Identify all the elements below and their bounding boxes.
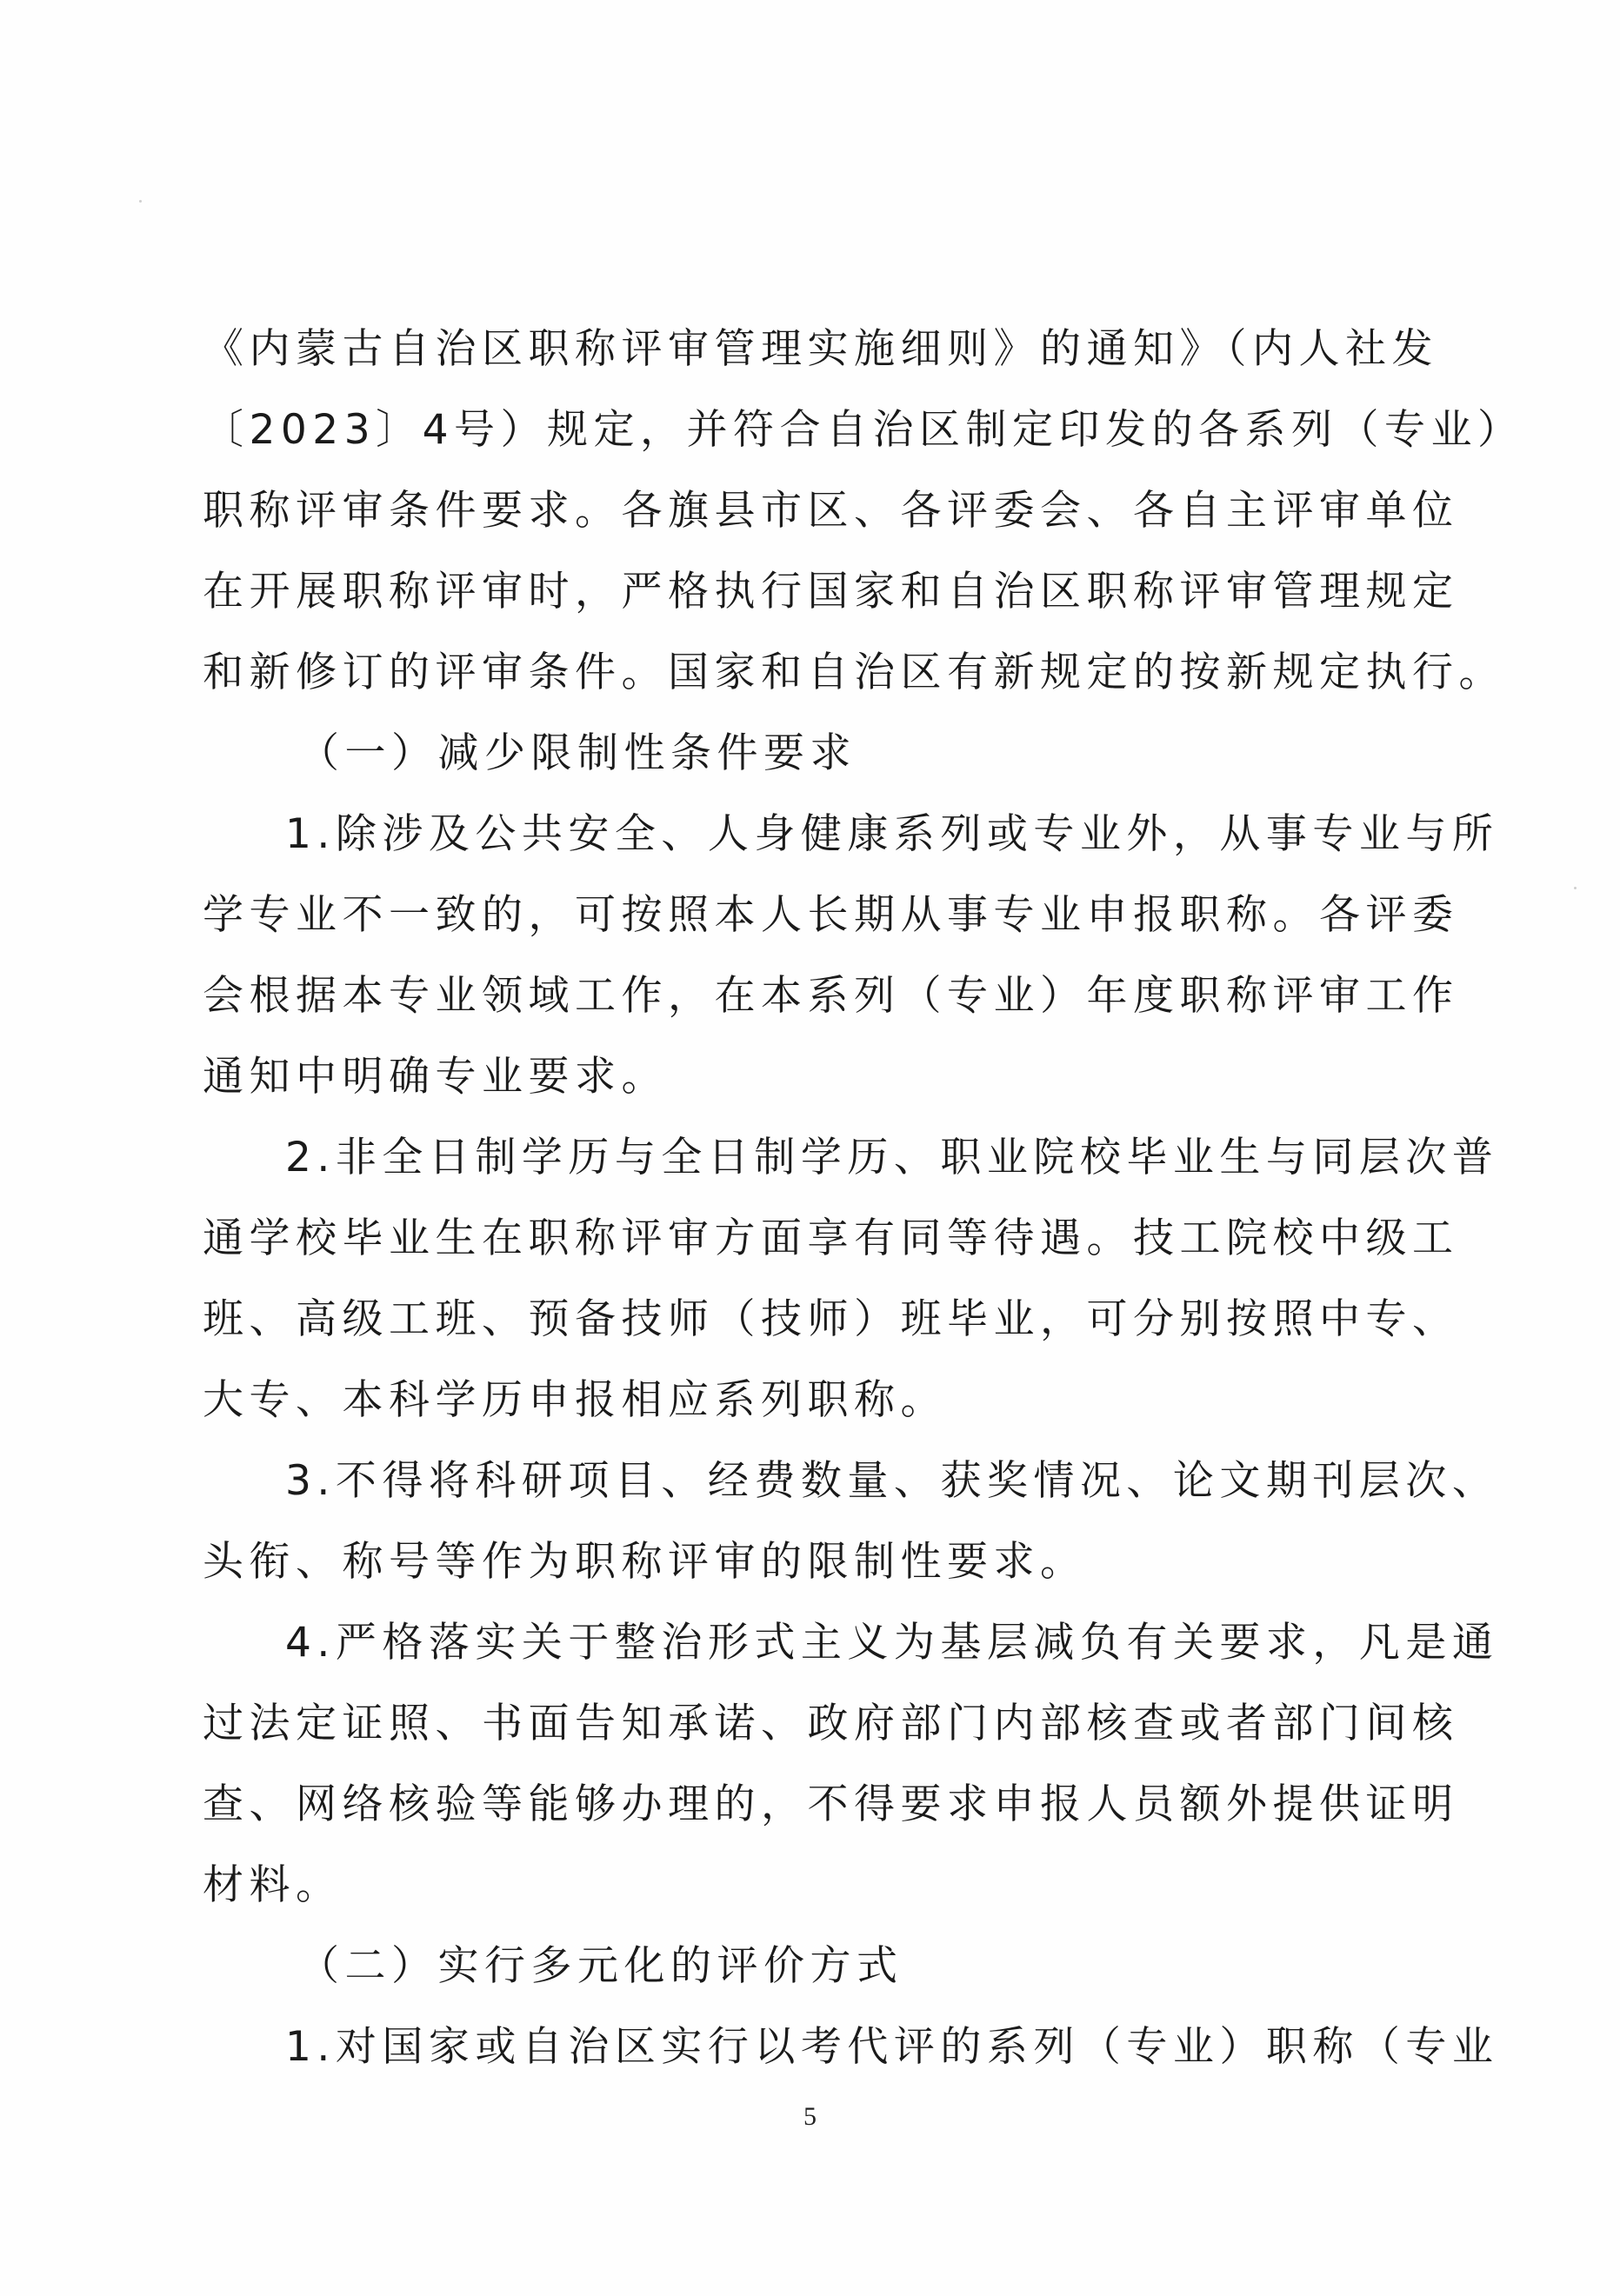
item-4-start: 4.严格落实关于整治形式主义为基层减负有关要求，凡是通 [203,1602,1394,1683]
text-line-12: 通学校毕业生在职称评审方面享有同等待遇。技工院校中级工 [203,1198,1394,1279]
item-2-start: 2.非全日制学历与全日制学历、职业院校毕业生与同层次普 [203,1117,1394,1198]
scan-speck [1574,887,1577,889]
text-line-1: 《内蒙古自治区职称评审管理实施细则》的通知》（内人社发 [203,309,1394,389]
document-body: 《内蒙古自治区职称评审管理实施细则》的通知》（内人社发 〔2023〕4号）规定，… [203,309,1394,2087]
text-line-18: 过法定证照、书面告知承诺、政府部门内部核查或者部门间核 [203,1683,1394,1764]
text-line-16: 头衔、称号等作为职称评审的限制性要求。 [203,1521,1394,1602]
scan-speck [139,200,142,203]
text-line-20: 材料。 [203,1845,1394,1926]
text-line-13: 班、高级工班、预备技师（技师）班毕业，可分别按照中专、 [203,1279,1394,1360]
text-line-8: 学专业不一致的，可按照本人长期从事专业申报职称。各评委 [203,875,1394,955]
text-line-14: 大专、本科学历申报相应系列职称。 [203,1360,1394,1441]
item-1-start: 1.除涉及公共安全、人身健康系列或专业外，从事专业与所 [203,794,1394,875]
text-line-19: 查、网络核验等能够办理的，不得要求申报人员额外提供证明 [203,1764,1394,1845]
section-heading-2: （二）实行多元化的评价方式 [203,1926,1394,2007]
text-line-2: 〔2023〕4号）规定，并符合自治区制定印发的各系列（专业） [203,389,1394,470]
text-line-3: 职称评审条件要求。各旗县市区、各评委会、各自主评审单位 [203,470,1394,551]
text-line-4: 在开展职称评审时，严格执行国家和自治区职称评审管理规定 [203,551,1394,632]
item-3-start: 3.不得将科研项目、经费数量、获奖情况、论文期刊层次、 [203,1441,1394,1521]
document-page: 《内蒙古自治区职称评审管理实施细则》的通知》（内人社发 〔2023〕4号）规定，… [0,0,1620,2296]
text-line-5: 和新修订的评审条件。国家和自治区有新规定的按新规定执行。 [203,632,1394,713]
text-line-9: 会根据本专业领域工作，在本系列（专业）年度职称评审工作 [203,955,1394,1036]
text-line-10: 通知中明确专业要求。 [203,1036,1394,1117]
section-heading-1: （一）减少限制性条件要求 [203,713,1394,794]
item-1-start-section-2: 1.对国家或自治区实行以考代评的系列（专业）职称（专业 [203,2007,1394,2087]
page-number: 5 [0,2102,1620,2132]
